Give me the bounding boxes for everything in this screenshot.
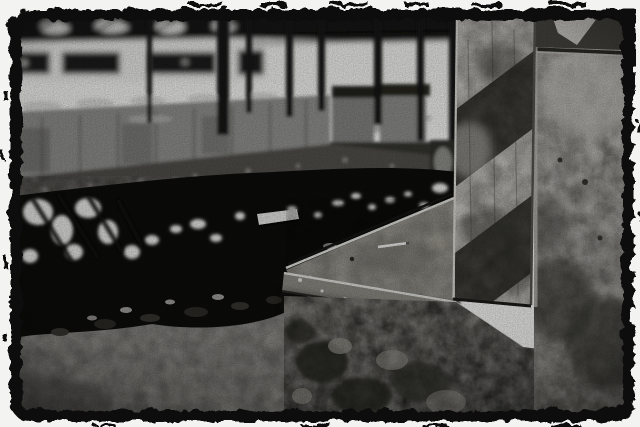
edge-mark (548, 0, 584, 5)
edge-mark (420, 423, 446, 426)
photo (0, 0, 640, 427)
edge-mark (470, 1, 500, 5)
edge-mark (1, 254, 5, 266)
edge-mark (402, 0, 426, 4)
vignette (14, 13, 626, 414)
photo-svg (0, 0, 640, 427)
photo-content (0, 13, 640, 427)
edge-mark (92, 423, 114, 426)
edge-mark (330, 1, 368, 5)
edge-mark (0, 150, 3, 158)
edge-mark (258, 0, 284, 5)
edge-mark (188, 1, 222, 5)
edge-mark (298, 422, 330, 426)
edge-mark (548, 422, 578, 426)
edge-mark (0, 330, 3, 338)
edge-mark (1, 88, 5, 98)
edge-mark (636, 120, 640, 132)
